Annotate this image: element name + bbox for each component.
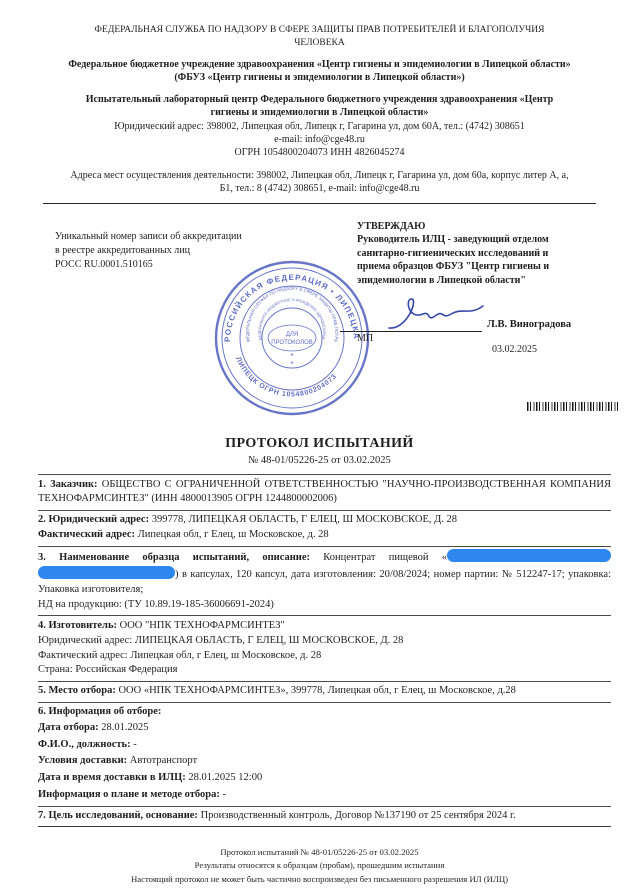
legal-address-row: 2. Юридический адрес: 399778, ЛИПЕЦКАЯ О… [38,513,611,528]
manufacturer-row: 4. Изготовитель: ООО "НПК ТЕХНОФАРМСИНТЕ… [38,619,611,634]
row-label: Дата и время доставки в ИЛЦ: [38,772,186,783]
section-label: 7. Цель исследований, основание: [38,810,198,821]
row-value: Автотранспорт [130,755,197,766]
fact-address-row: Фактический адрес: Липецкая обл, г Елец,… [38,528,611,543]
approval-block: УТВЕРЖДАЮ Руководитель ИЛЦ - заведующий … [357,220,615,287]
approval-line4: эпидемиологии в Липецкой области" [357,274,615,287]
activity-addresses-line2: Б1, тел.: 8 (4742) 308651, e-mail: info@… [0,182,639,195]
stamp-rings [216,262,368,414]
section-legal-address: 2. Юридический адрес: 399778, ЛИПЕЦКАЯ О… [38,510,611,546]
accreditation-line2: в реестре аккредитованных лиц [55,244,295,258]
stamp-ring-bottom-text: ЛИПЕЦК ОГРН 1054800204073 [234,356,338,399]
delivery-datetime-row: Дата и время доставки в ИЛЦ: 28.01.2025 … [38,770,611,787]
row-value: 28.01.2025 12:00 [188,772,262,783]
row-label: Дата отбора: [38,722,99,733]
row-label: Условия доставки: [38,755,127,766]
laboratory-name-line2: гигиены и эпидемиологии в Липецкой облас… [0,106,639,119]
row-value: 28.01.2025 [101,722,148,733]
section-value: ОБЩЕСТВО С ОГРАНИЧЕННОЙ ОТВЕТСТВЕННОСТЬЮ… [38,479,611,505]
page-footer: Протокол испытаний № 48-01/05226-25 от 0… [0,846,639,886]
row-value: (ТУ 10.89.19-185-36006691-2024) [124,599,273,610]
laboratory-name-line1: Испытательный лабораторный центр Федерал… [0,93,639,106]
approval-line2: санитарно-гигиенических исследований и [357,247,615,260]
agency-name: ФЕДЕРАЛЬНАЯ СЛУЖБА ПО НАДЗОРУ В СФЕРЕ ЗА… [0,24,639,49]
manufacturer-country-row: Страна: Российская Федерация [38,663,611,678]
section-label: 6. Информация об отборе: [38,705,611,720]
row-value: Липецкая обл, г Елец, ш Московское, д. 2… [138,529,329,540]
approval-heading: УТВЕРЖДАЮ [357,220,615,233]
signer-name: Л.В. Виноградова [487,319,571,330]
protocol-document-page: ФЕДЕРАЛЬНАЯ СЛУЖБА ПО НАДЗОРУ В СФЕРЕ ЗА… [0,0,639,892]
row-value: 399778, ЛИПЕЦКАЯ ОБЛАСТЬ, Г ЕЛЕЦ, Ш МОСК… [152,514,457,525]
laboratory-name: Испытательный лабораторный центр Федерал… [0,93,639,119]
sampling-plan-row: Информация о плане и методе отбора: - [38,787,611,804]
sample-name-before: Концентрат пищевой « [323,552,447,563]
section-sampling-place: 5. Место отбора: ООО «НПК ТЕХНОФАРМСИНТЕ… [38,681,611,702]
row-value: ЛИПЕЦКАЯ ОБЛАСТЬ, Г ЕЛЕЦ, Ш МОСКОВСКОЕ, … [135,635,404,646]
delivery-conditions-row: Условия доставки: Автотранспорт [38,753,611,770]
manufacturer-legal-address-row: Юридический адрес: ЛИПЕЦКАЯ ОБЛАСТЬ, Г Е… [38,634,611,649]
row-value: - [133,739,137,750]
row-label: Фактический адрес: [38,650,128,661]
stamp-asterisk: * [290,360,293,369]
title-block: ПРОТОКОЛ ИСПЫТАНИЙ № 48-01/05226-25 от 0… [0,436,639,466]
document-title: ПРОТОКОЛ ИСПЫТАНИЙ [0,436,639,452]
section-customer: 1. Заказчик: ОБЩЕСТВО С ОГРАНИЧЕННОЙ ОТВ… [38,474,611,510]
stamp-center-line2: ПРОТОКОЛОВ [271,340,313,346]
row-label: НД на продукцию: [38,599,122,610]
ogrn-inn: ОГРН 1054800204073 ИНН 4826045274 [0,146,639,159]
barcode [527,402,618,411]
legal-address: Юридический адрес: 398002, Липецкая обл,… [0,120,639,133]
section-sampling-info: 6. Информация об отборе: Дата отбора: 28… [38,702,611,806]
document-header: ФЕДЕРАЛЬНАЯ СЛУЖБА ПО НАДЗОРУ В СФЕРЕ ЗА… [0,0,639,204]
row-label: 2. Юридический адрес: [38,514,149,525]
signature-icon [385,292,495,334]
nd-row: НД на продукцию: (ТУ 10.89.19-185-360066… [38,598,611,613]
organization-name-line1: Федеральное бюджетное учреждение здравоо… [0,58,639,71]
protocol-sections: 1. Заказчик: ОБЩЕСТВО С ОГРАНИЧЕННОЙ ОТВ… [38,474,611,827]
manufacturer-fact-address-row: Фактический адрес: Липецкая обл, г Елец,… [38,649,611,664]
mp-mark: МП [357,333,373,344]
agency-name-line1: ФЕДЕРАЛЬНАЯ СЛУЖБА ПО НАДЗОРУ В СФЕРЕ ЗА… [0,24,639,37]
approval-area: Уникальный номер записи об аккредитации … [0,204,639,432]
approval-line1: Руководитель ИЛЦ - заведующий отделом [357,233,615,246]
row-label: Юридический адрес: [38,635,132,646]
sampling-date-row: Дата отбора: 28.01.2025 [38,720,611,737]
footer-line2: Результаты относятся к образцам (пробам)… [0,859,639,872]
section-value: Производственный контроль, Договор №1371… [201,810,516,821]
round-stamp-icon: РОССИЙСКАЯ ФЕДЕРАЦИЯ • ЛИПЕЦКАЯ ОБЛ ЛИПЕ… [212,258,372,418]
row-label: 4. Изготовитель: [38,620,117,631]
agency-name-line2: ЧЕЛОВЕКА [0,37,639,50]
row-label: Страна: [38,664,73,675]
section-label: 5. Место отбора: [38,685,116,696]
footer-line3: Настоящий протокол не может быть частичн… [0,873,639,886]
row-value: ООО "НПК ТЕХНОФАРМСИНТЕЗ" [120,620,285,631]
activity-addresses-line1: Адреса мест осуществления деятельности: … [0,169,639,182]
footer-line1: Протокол испытаний № 48-01/05226-25 от 0… [0,846,639,859]
approval-date: 03.02.2025 [492,344,537,355]
row-label: Информация о плане и методе отбора: [38,789,220,800]
redaction-blob [447,549,611,562]
redaction-blob [38,566,175,579]
signature-line [340,331,482,332]
section-manufacturer: 4. Изготовитель: ООО "НПК ТЕХНОФАРМСИНТЕ… [38,615,611,681]
organization-name: Федеральное бюджетное учреждение здравоо… [0,58,639,84]
row-label: Ф.И.О., должность: [38,739,131,750]
row-value: - [222,789,226,800]
fio-row: Ф.И.О., должность: - [38,737,611,754]
approval-line3: приема образцов ФБУЗ "Центр гигиены и [357,260,615,273]
section-label: 3. Наименование образца испытаний, описа… [38,552,310,563]
svg-text:ЛИПЕЦК ОГРН 1054800204073: ЛИПЕЦК ОГРН 1054800204073 [234,356,338,399]
section-value: ООО «НПК ТЕХНОФАРМСИНТЕЗ», 399778, Липец… [118,685,515,696]
organization-name-line2: (ФБУЗ «Центр гигиены и эпидемиологии в Л… [0,71,639,84]
section-purpose: 7. Цель исследований, основание: Произво… [38,806,611,828]
email: e-mail: info@cge48.ru [0,133,639,146]
section-sample-name: 3. Наименование образца испытаний, описа… [38,546,611,616]
accreditation-line1: Уникальный номер записи об аккредитации [55,230,295,244]
document-number: № 48-01/05226-25 от 03.02.2025 [0,455,639,466]
row-value: Российская Федерация [75,664,177,675]
row-value: Липецкая обл, г Елец, ш Московское, д. 2… [130,650,321,661]
stamp-center-line1: ДЛЯ [286,332,298,338]
activity-addresses: Адреса мест осуществления деятельности: … [0,169,639,195]
header-contacts: Юридический адрес: 398002, Липецкая обл,… [0,120,639,160]
section-label: 1. Заказчик: [38,479,98,490]
row-label: Фактический адрес: [38,529,135,540]
